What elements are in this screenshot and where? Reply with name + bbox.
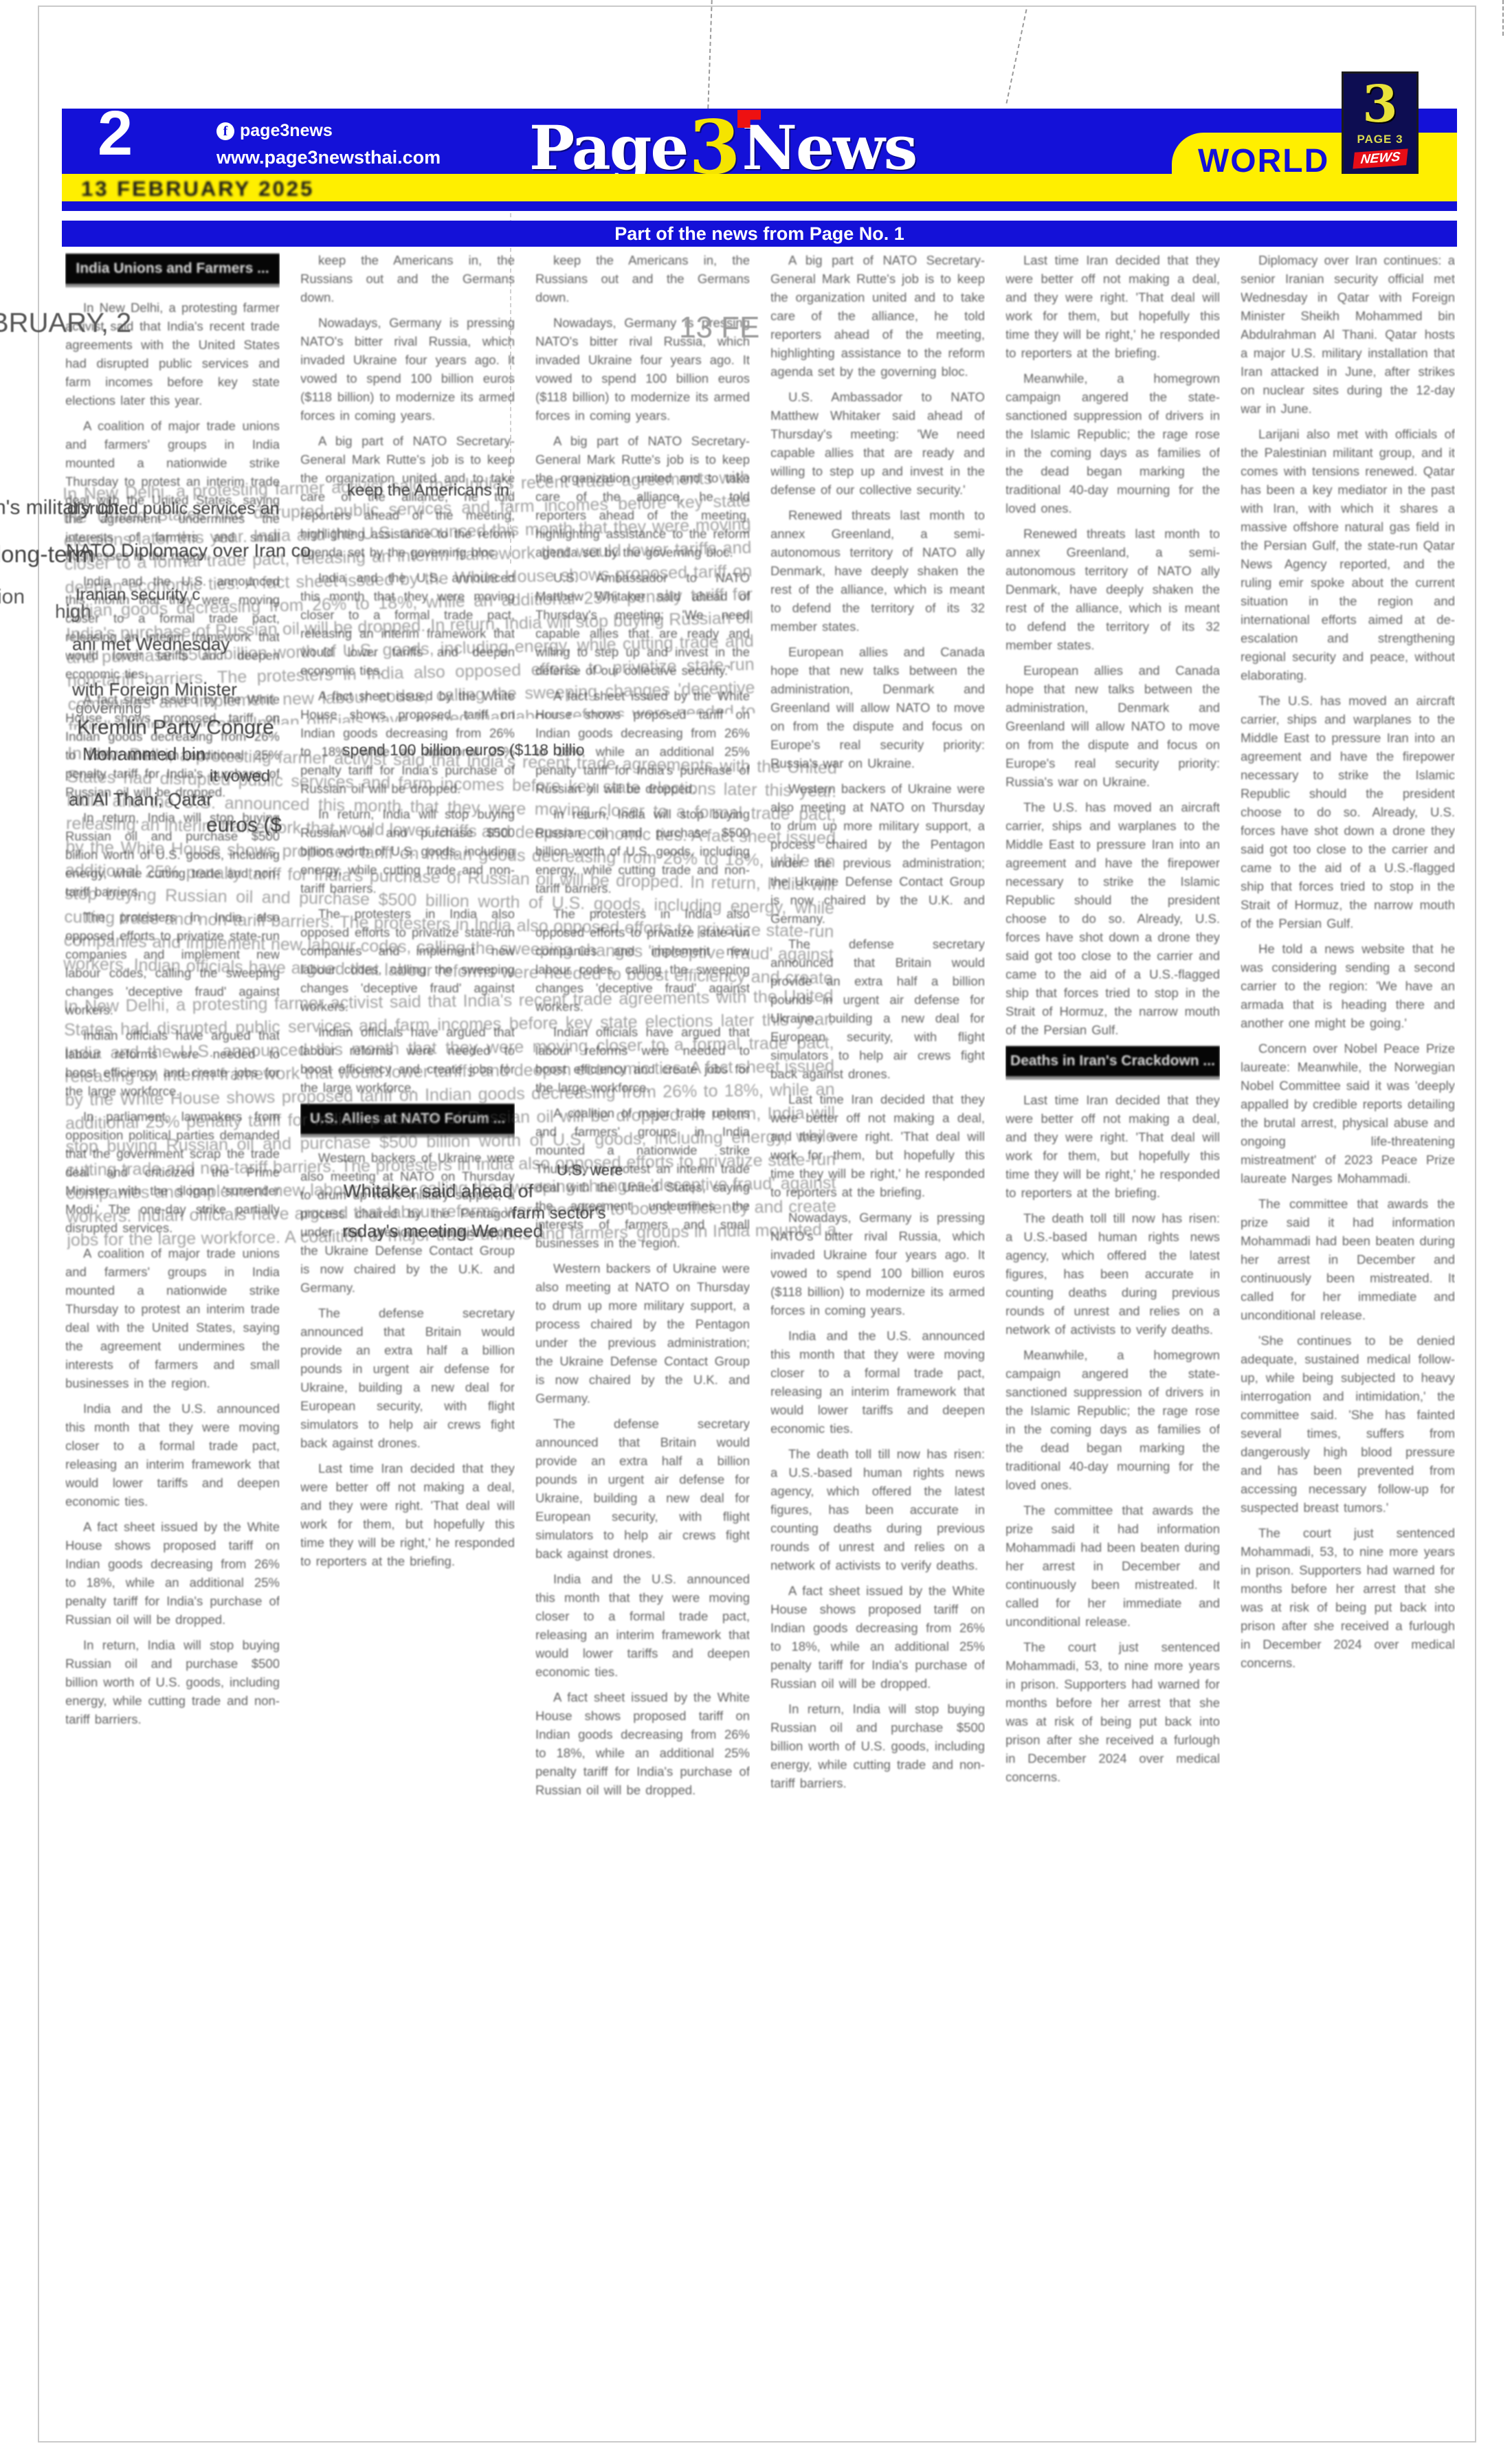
body-paragraph: The protesters in India also opposed eff…	[65, 908, 280, 1019]
body-paragraph: In return, India will stop buying Russia…	[300, 805, 515, 898]
body-paragraph: In New Delhi, a protesting farmer activi…	[65, 298, 280, 410]
body-paragraph: Meanwhile, a homegrown campaign angered …	[1005, 369, 1220, 518]
body-paragraph: Indian officials have argued that labour…	[65, 1026, 280, 1100]
date-strip: 13 FEBRUARY 2025	[62, 174, 1457, 201]
headline-bar: U.S. Allies at NATO Forum ...	[300, 1104, 515, 1137]
body-paragraph: The U.S. has moved an aircraft carrier, …	[1005, 798, 1220, 1039]
body-paragraph: The committee that awards the prize said…	[1241, 1194, 1455, 1324]
body-paragraph: The defense secretary announced that Bri…	[300, 1304, 515, 1452]
body-paragraph: keep the Americans in, the Russians out …	[535, 251, 750, 307]
body-paragraph: In return, India will stop buying Russia…	[65, 808, 280, 901]
body-paragraph: The committee that awards the prize said…	[1005, 1501, 1220, 1631]
body-paragraph: Western backers of Ukraine were also mee…	[300, 1148, 515, 1297]
body-paragraph: A big part of NATO Secretary-General Mar…	[770, 251, 985, 381]
body-paragraph: European allies and Canada hope that new…	[770, 643, 985, 772]
body-paragraph: The court just sentenced Mohammadi, 53, …	[1241, 1524, 1455, 1672]
body-paragraph: Larijani also met with officials of the …	[1241, 425, 1455, 685]
body-paragraph: He told a news website that he was consi…	[1241, 939, 1455, 1032]
headline-bar: India Unions and Farmers ...	[65, 254, 280, 287]
body-paragraph: A fact sheet issued by the White House s…	[65, 1517, 280, 1629]
body-paragraph: Last time Iran decided that they were be…	[300, 1459, 515, 1570]
body-paragraph: The death toll till now has risen: a U.S…	[770, 1445, 985, 1574]
news-column-2: keep the Americans in, the Russians out …	[300, 251, 515, 2223]
masthead-word2: News	[742, 112, 917, 183]
body-paragraph: A fact sheet issued by the White House s…	[770, 1581, 985, 1693]
body-paragraph: The defense secretary announced that Bri…	[535, 1414, 750, 1563]
logo-news-badge: NEWS	[1353, 148, 1408, 168]
body-paragraph: Diplomacy over Iran continues: a senior …	[1241, 251, 1455, 418]
body-paragraph: The protesters in India also opposed eff…	[300, 904, 515, 1016]
body-paragraph: India and the U.S. announced this month …	[65, 572, 280, 683]
body-paragraph: A fact sheet issued by the White House s…	[300, 687, 515, 798]
logo-page3-label: PAGE 3	[1344, 133, 1416, 146]
body-paragraph: Renewed threats last month to annex Gree…	[1005, 524, 1220, 654]
body-paragraph: In return, India will stop buying Russia…	[535, 805, 750, 898]
body-paragraph: Last time Iran decided that they were be…	[1005, 251, 1220, 362]
body-paragraph: India and the U.S. announced this month …	[535, 1570, 750, 1681]
page-number: 2	[98, 98, 133, 170]
body-paragraph: Concern over Nobel Peace Prize laureate:…	[1241, 1039, 1455, 1188]
body-paragraph: Last time Iran decided that they were be…	[770, 1090, 985, 1201]
body-paragraph: The defense secretary announced that Bri…	[770, 935, 985, 1083]
continuation-strip: Part of the news from Page No. 1	[62, 221, 1457, 247]
body-paragraph: A fact sheet issued by the White House s…	[535, 1688, 750, 1799]
body-paragraph: India and the U.S. announced this month …	[300, 568, 515, 680]
body-paragraph: In parliament, lawmakers from opposition…	[65, 1107, 280, 1237]
news-column-1: India Unions and Farmers ...In New Delhi…	[65, 251, 280, 2210]
logo-digit: 3	[1344, 78, 1416, 131]
body-paragraph: A coalition of major trade unions and fa…	[535, 1104, 750, 1252]
body-paragraph: India and the U.S. announced this month …	[770, 1326, 985, 1438]
body-paragraph: India and the U.S. announced this month …	[65, 1399, 280, 1511]
masthead-word1: Page	[529, 112, 687, 183]
body-paragraph: Western backers of Ukraine were also mee…	[770, 779, 985, 928]
body-paragraph: Indian officials have argued that labour…	[300, 1023, 515, 1097]
news-column-5: Last time Iran decided that they were be…	[1005, 251, 1220, 2350]
social-handle-label: page3news	[240, 121, 333, 140]
body-paragraph: A fact sheet issued by the White House s…	[65, 690, 280, 801]
issue-date: 13 FEBRUARY 2025	[81, 177, 314, 201]
headline-bar: Deaths in Iran's Crackdown ...	[1005, 1046, 1220, 1080]
body-paragraph: A coalition of major trade unions and fa…	[65, 416, 280, 565]
body-paragraph: Western backers of Ukraine were also mee…	[535, 1259, 750, 1407]
body-paragraph: U.S. Ambassador to NATO Matthew Whitaker…	[770, 388, 985, 499]
body-paragraph: In return, India will stop buying Russia…	[65, 1636, 280, 1728]
body-paragraph: Nowadays, Germany is pressing NATO's bit…	[300, 313, 515, 425]
body-paragraph: Indian officials have argued that labour…	[535, 1023, 750, 1097]
body-paragraph: The court just sentenced Mohammadi, 53, …	[1005, 1638, 1220, 1786]
body-paragraph: The protesters in India also opposed eff…	[535, 904, 750, 1016]
body-paragraph: A fact sheet issued by the White House s…	[535, 687, 750, 798]
body-paragraph: A big part of NATO Secretary-General Mar…	[300, 432, 515, 561]
social-handle[interactable]: fpage3news	[216, 121, 333, 141]
body-paragraph: Nowadays, Germany is pressing NATO's bit…	[535, 313, 750, 425]
news-column-3: keep the Americans in, the Russians out …	[535, 251, 750, 2409]
news-column-6: Diplomacy over Iran continues: a senior …	[1241, 251, 1455, 2357]
body-paragraph: The U.S. has moved an aircraft carrier, …	[1241, 691, 1455, 933]
body-paragraph: Meanwhile, a homegrown campaign angered …	[1005, 1346, 1220, 1494]
news-column-4: A big part of NATO Secretary-General Mar…	[770, 251, 985, 2409]
divider-strip	[62, 201, 1457, 211]
scan-artifact-line	[1502, 0, 1504, 36]
facebook-icon: f	[216, 122, 234, 140]
body-paragraph: A big part of NATO Secretary-General Mar…	[535, 432, 750, 561]
website-url[interactable]: www.page3newsthai.com	[216, 147, 441, 168]
body-paragraph: U.S. Ambassador to NATO Matthew Whitaker…	[535, 568, 750, 680]
body-paragraph: Last time Iran decided that they were be…	[1005, 1091, 1220, 1202]
body-paragraph: Nowadays, Germany is pressing NATO's bit…	[770, 1208, 985, 1320]
newspaper-page: 2 fpage3news www.page3newsthai.com Page3…	[0, 0, 1512, 2448]
body-paragraph: 'She continues to be denied adequate, su…	[1241, 1331, 1455, 1517]
body-paragraph: In return, India will stop buying Russia…	[770, 1700, 985, 1792]
body-paragraph: The death toll till now has risen: a U.S…	[1005, 1209, 1220, 1339]
body-paragraph: A coalition of major trade unions and fa…	[65, 1244, 280, 1392]
body-paragraph: keep the Americans in, the Russians out …	[300, 251, 515, 307]
continuation-note: Part of the news from Page No. 1	[614, 223, 904, 244]
overprint-fragment: ion	[0, 586, 25, 609]
body-paragraph: Renewed threats last month to annex Gree…	[770, 506, 985, 636]
body-paragraph: European allies and Canada hope that new…	[1005, 661, 1220, 791]
